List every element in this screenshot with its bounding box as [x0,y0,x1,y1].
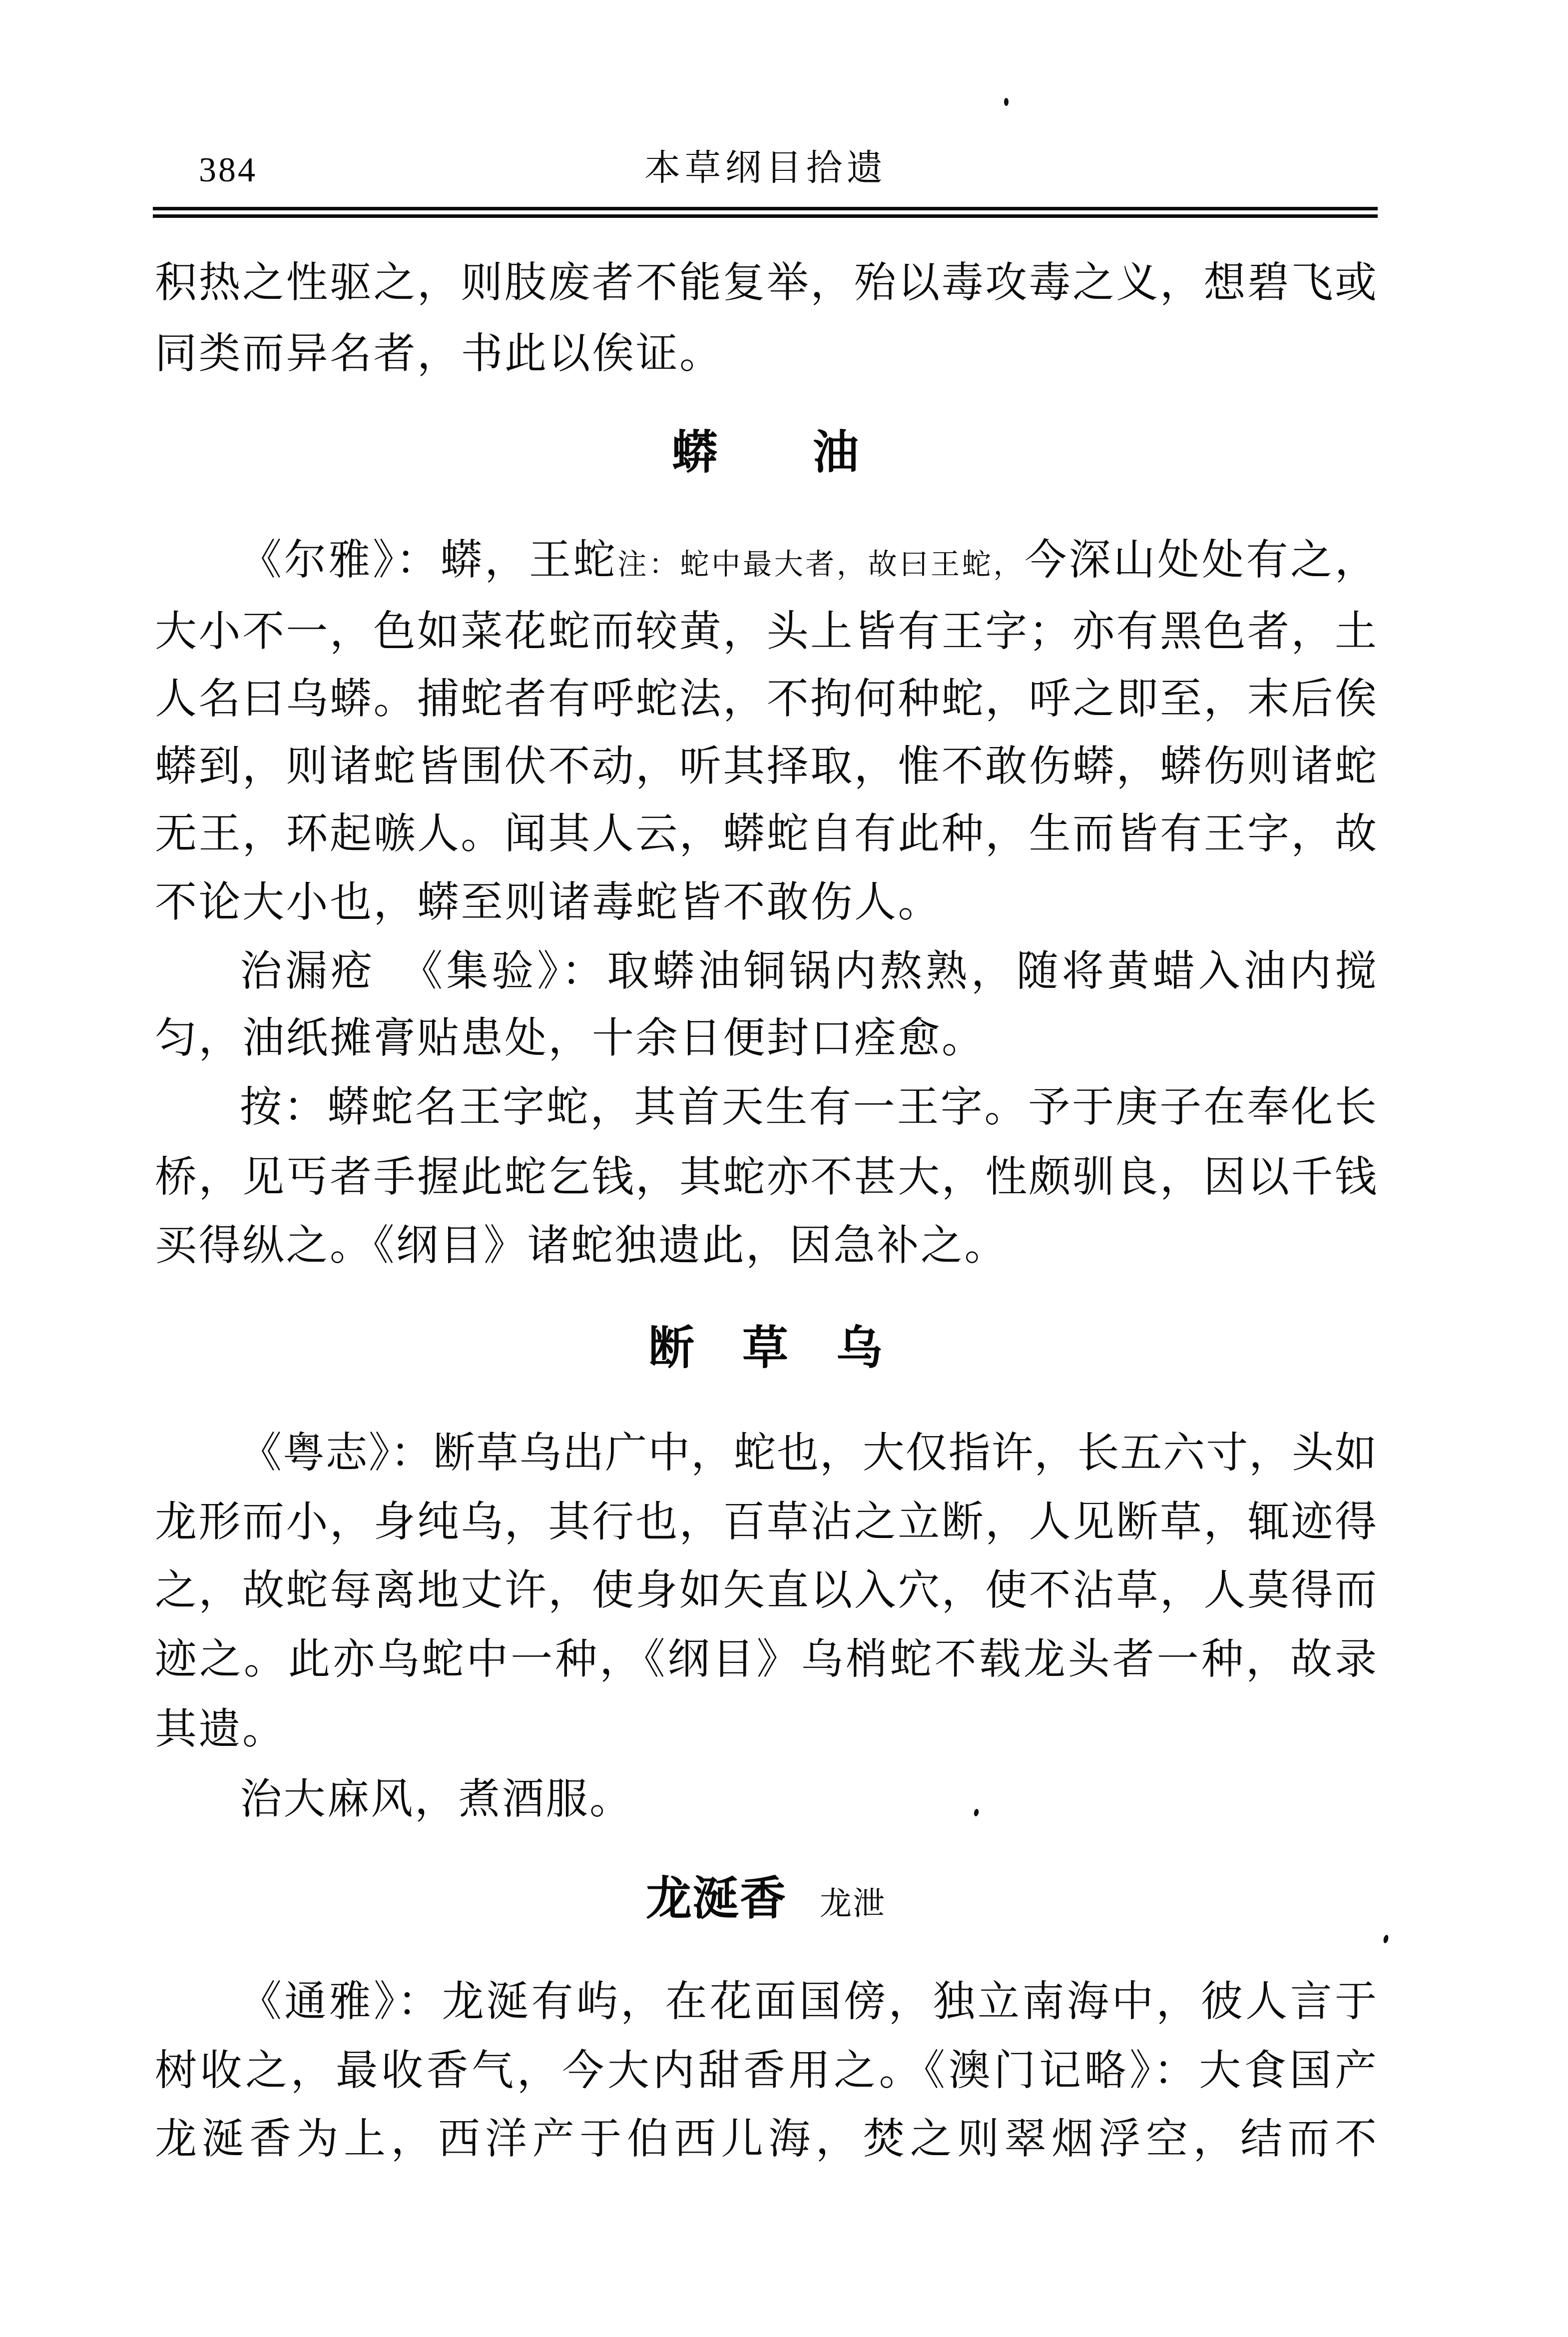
text-segment: 断 草 乌 [648,1323,883,1374]
text-segment: 龙泄 [787,1886,886,1921]
scan-speck [1004,98,1009,106]
text-segment: 积热之性驱之，则肢废者不能复举，殆以毒攻毒之义，想碧飞或 [155,260,1377,306]
text-line: 同类而异名者，书此以俟证。 [155,332,1377,376]
page-container: 384 本草纲目拾遗 积热之性驱之，则肢废者不能复举，殆以毒攻毒之义，想碧飞或同… [0,0,1568,2337]
text-segment: 之，故蛇每离地丈许，使身如矢直以入穴，使不沾草，人莫得而 [155,1567,1377,1614]
text-line: 治漏疮 《集验》：取蟒油铜锅内熬熟，随将黄蜡入油内搅 [155,949,1377,994]
header-rule-top [153,207,1378,210]
text-segment: 治大麻风，煮酒服。 [240,1776,633,1823]
text-line: 树收之，最收香气，今大内甜香用之。《澳门记略》：大食国产 [155,2049,1377,2093]
text-segment: 同类而异名者，书此以俟证。 [155,331,723,377]
text-line: 不论大小也，蟒至则诸毒蛇皆不敢伤人。 [155,880,1377,925]
text-line: 匀，油纸摊膏贴患处，十余日便封口痊愈。 [155,1016,1377,1061]
text-segment: 《通雅》：龙涎有屿，在花面国傍，独立南海中，彼人言于 [240,1979,1377,2025]
text-segment: 迹之。此亦乌蛇中一种，《纲目》乌梢蛇不载龙头者一种，故录 [155,1636,1377,1683]
text-line: 积热之性驱之，则肢废者不能复举，殆以毒攻毒之义，想碧飞或 [155,261,1377,305]
text-line: 买得纵之。《纲目》诸蛇独遗此，因急补之。 [155,1224,1377,1268]
text-segment: 今深山处处有之， [1025,537,1377,584]
text-line: 大小不一，色如菜花蛇而较黄，头上皆有王字；亦有黑色者，土 [155,610,1377,654]
text-segment: 蟒到，则诸蛇皆围伏不动，听其择取，惟不敢伤蟒，蟒伤则诸蛇 [155,744,1377,790]
text-segment: 树收之，最收香气，今大内甜香用之。《澳门记略》：大食国产 [155,2048,1377,2094]
text-segment: 其遗。 [155,1706,286,1753]
text-segment: 不论大小也，蟒至则诸毒蛇皆不敢伤人。 [155,879,942,926]
entry-heading: 龙涎香 龙泄 [155,1875,1377,1924]
text-line: 迹之。此亦乌蛇中一种，《纲目》乌梢蛇不载龙头者一种，故录 [155,1637,1377,1682]
text-line: 人名曰乌蟒。捕蛇者有呼蛇法，不拘何种蛇，呼之即至，末后俟 [155,677,1377,722]
text-segment: 买得纵之。《纲目》诸蛇独遗此，因急补之。 [155,1223,1008,1269]
text-segment: 《粤志》：断草乌出广中，蛇也，大仅指许，长五六寸，头如 [240,1430,1377,1477]
text-line: 之，故蛇每离地丈许，使身如矢直以入穴，使不沾草，人莫得而 [155,1568,1377,1613]
text-segment: 注：蛇中最大者，故曰王蛇， [617,548,1025,581]
text-line: 龙形而小，身纯乌，其行也，百草沾之立断，人见断草，辄迹得 [155,1500,1377,1545]
text-line: 其遗。 [155,1707,1377,1752]
text-segment: 人名曰乌蟒。捕蛇者有呼蛇法，不拘何种蛇，呼之即至，末后俟 [155,676,1377,723]
text-line: 治大麻风，煮酒服。 [155,1777,1377,1822]
header-rule-bottom [153,214,1378,218]
text-line: 按：蟒蛇名王字蛇，其首天生有一王字。予于庚子在奉化长 [155,1085,1377,1130]
text-line: 龙涎香为上，西洋产于伯西儿海，焚之则翠烟浮空，结而不 [155,2117,1377,2162]
text-segment: 《尔雅》：蟒，王蛇 [240,537,617,584]
text-segment: 匀，油纸摊膏贴患处，十余日便封口痊愈。 [155,1015,986,1062]
text-line: 蟒到，则诸蛇皆围伏不动，听其择取，惟不敢伤蟒，蟒伤则诸蛇 [155,745,1377,789]
text-segment: 龙涎香为上，西洋产于伯西儿海，焚之则翠烟浮空，结而不 [155,2116,1377,2163]
text-line: 《粤志》：断草乌出广中，蛇也，大仅指许，长五六寸，头如 [155,1431,1377,1476]
scan-speck [1383,1934,1389,1944]
text-segment: 大小不一，色如菜花蛇而较黄，头上皆有王字；亦有黑色者，土 [155,609,1377,655]
text-segment: 龙形而小，身纯乌，其行也，百草沾之立断，人见断草，辄迹得 [155,1499,1377,1546]
text-segment: 按：蟒蛇名王字蛇，其首天生有一王字。予于庚子在奉化长 [240,1084,1377,1131]
text-line: 无王，环起嗾人。闻其人云，蟒蛇自有此种，生而皆有王字，故 [155,812,1377,856]
text-line: 《通雅》：龙涎有屿，在花面国傍，独立南海中，彼人言于 [155,1980,1377,2024]
text-segment: 治漏疮 《集验》：取蟒油铜锅内熬熟，随将黄蜡入油内搅 [240,948,1377,995]
text-segment: 桥，见丐者手握此蛇乞钱，其蛇亦不甚大，性颇驯良，因以千钱 [155,1154,1377,1201]
text-segment: 蟒 油 [672,427,860,478]
text-line: 《尔雅》：蟒，王蛇注：蛇中最大者，故曰王蛇，今深山处处有之， [155,538,1377,583]
entry-heading: 蟒 油 [155,429,1377,478]
book-title: 本草纲目拾遗 [155,150,1377,186]
text-line: 桥，见丐者手握此蛇乞钱，其蛇亦不甚大，性颇驯良，因以千钱 [155,1155,1377,1200]
text-segment: 无王，环起嗾人。闻其人云，蟒蛇自有此种，生而皆有王字，故 [155,811,1377,857]
entry-heading: 断 草 乌 [155,1324,1377,1373]
text-segment: 龙涎香 [646,1873,787,1924]
